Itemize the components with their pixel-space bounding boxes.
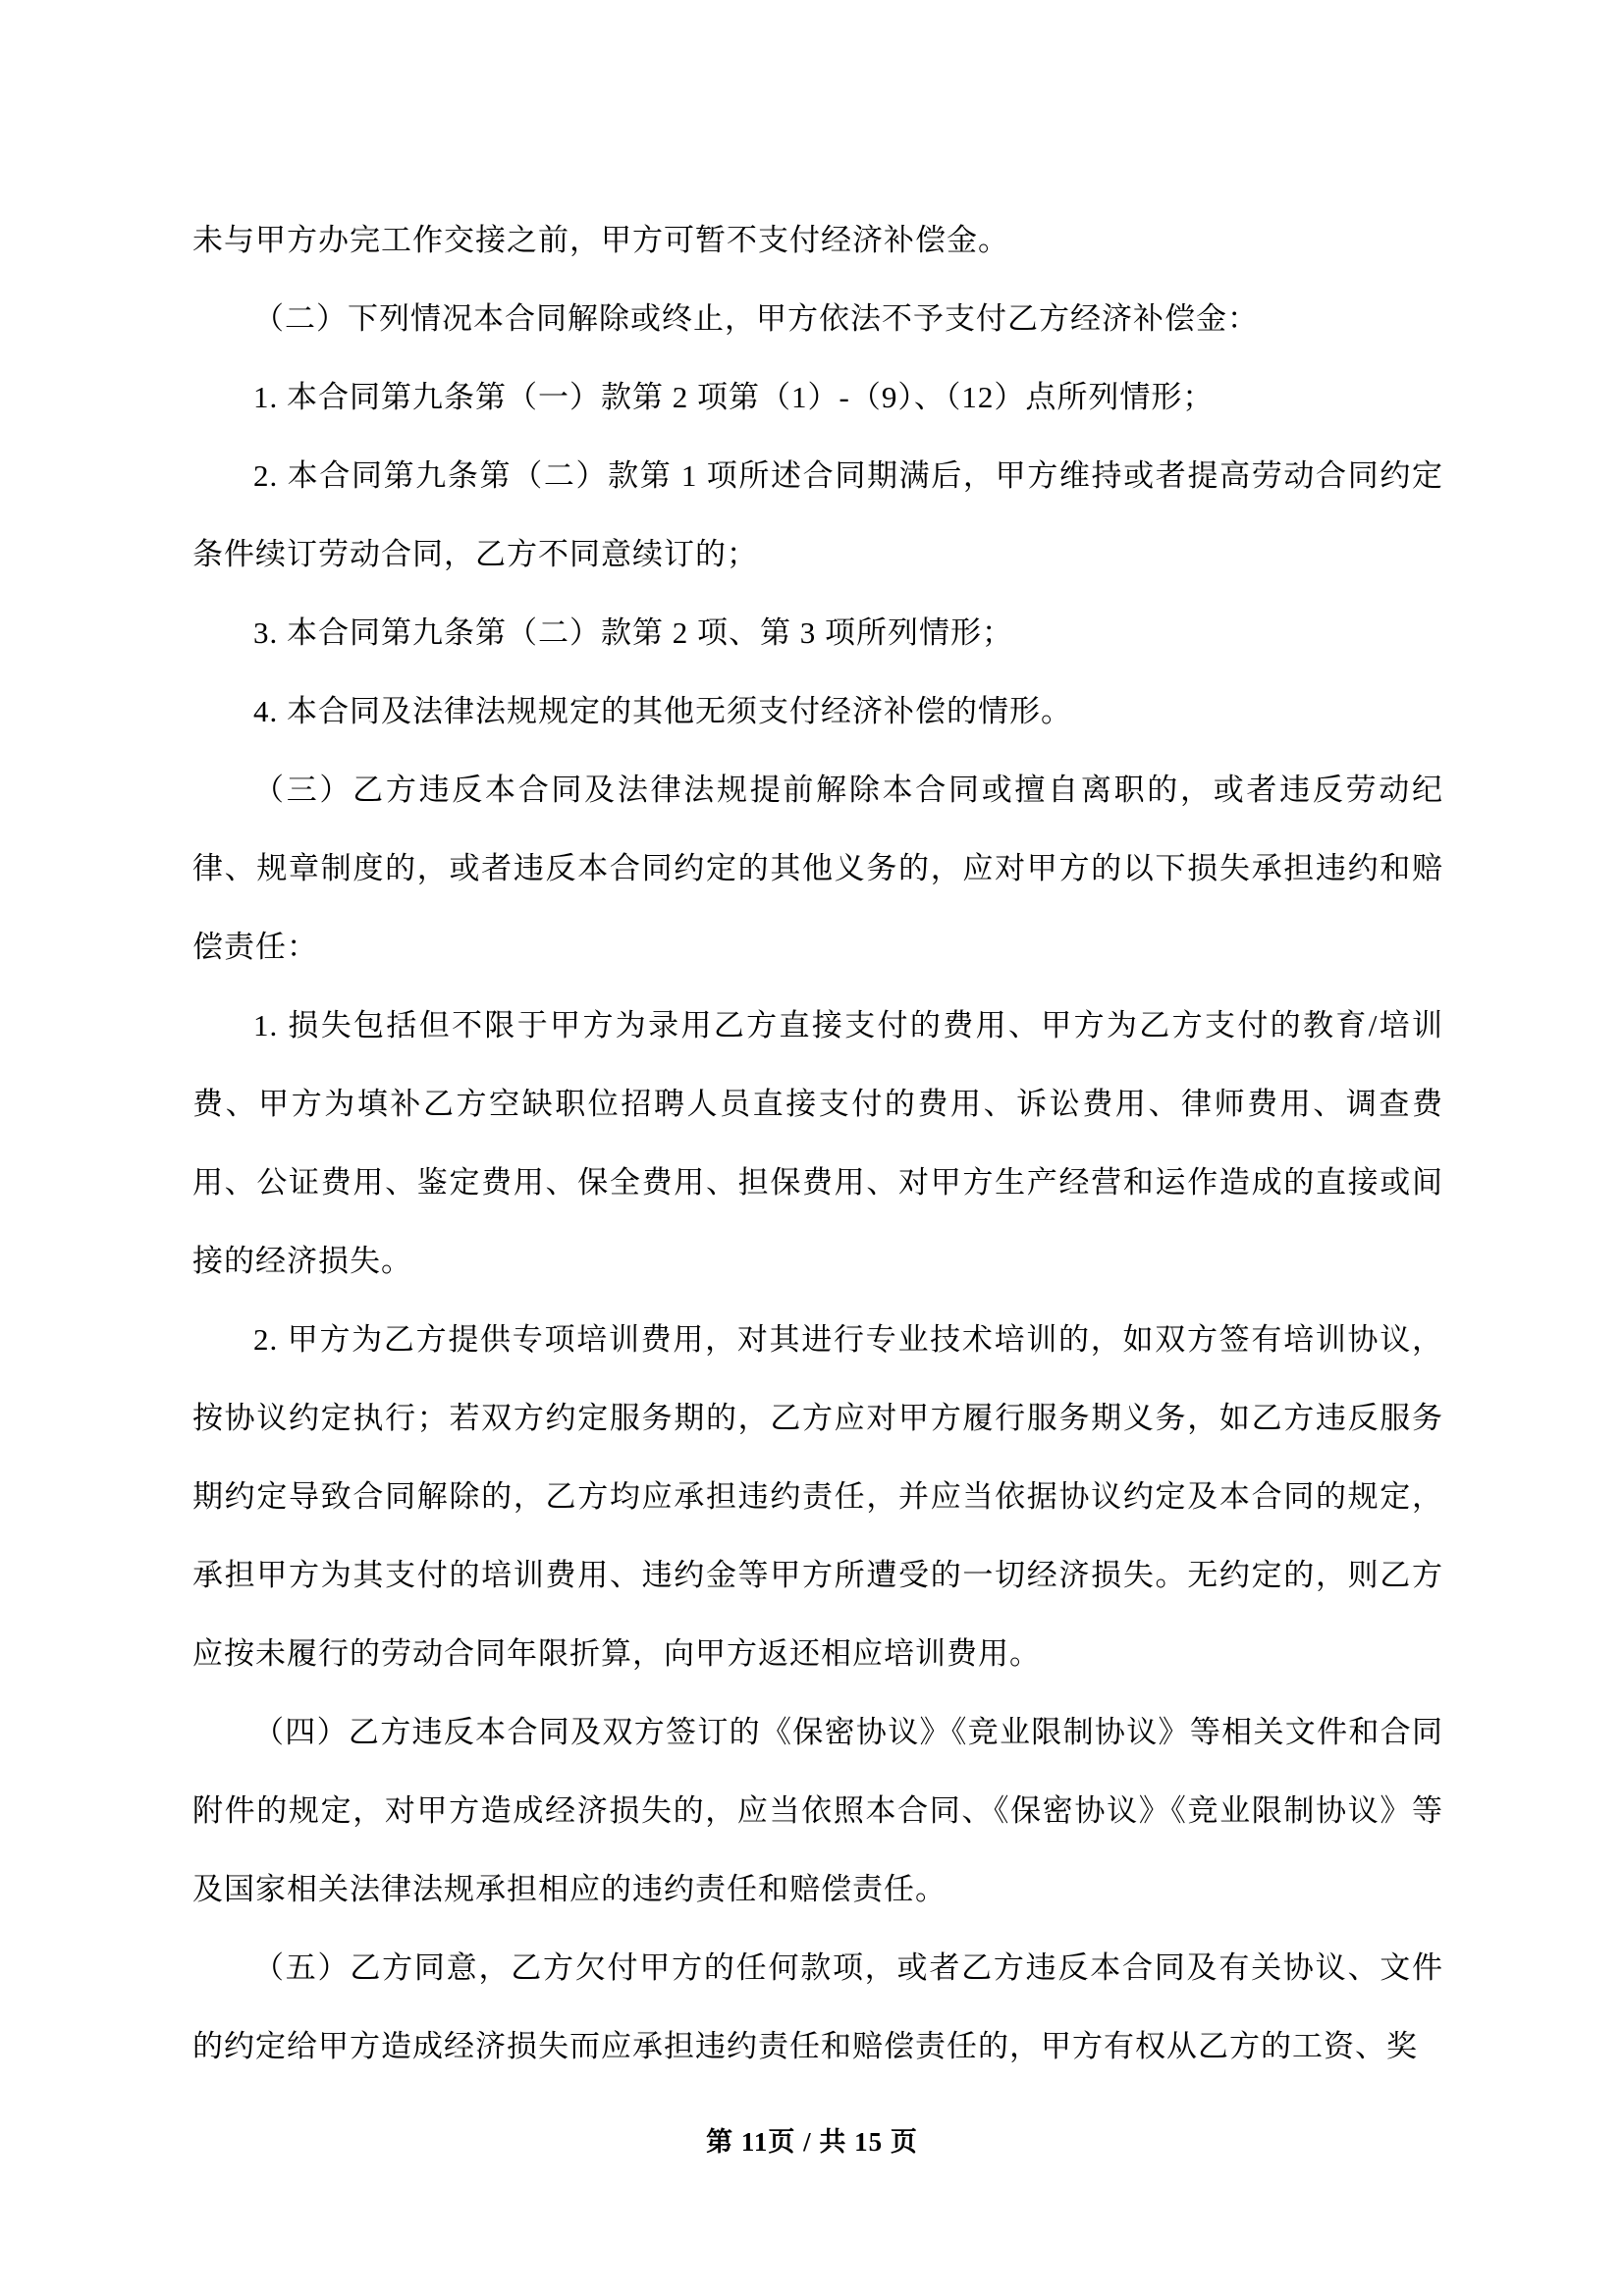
page-footer: 第 11页 / 共 15 页: [0, 2120, 1624, 2159]
contract-body: 未与甲方办完工作交接之前，甲方可暂不支付经济补偿金。 （二）下列情况本合同解除或…: [192, 201, 1443, 2086]
contract-paragraph: 4. 本合同及法律法规规定的其他无须支付经济补偿的情形。: [192, 672, 1443, 751]
contract-paragraph: （三）乙方违反本合同及法律法规提前解除本合同或擅自离职的，或者违反劳动纪律、规章…: [192, 751, 1443, 987]
contract-paragraph: 2. 甲方为乙方提供专项培训费用，对其进行专业技术培训的，如双方签有培训协议，按…: [192, 1301, 1443, 1693]
contract-paragraph: 2. 本合同第九条第（二）款第 1 项所述合同期满后，甲方维持或者提高劳动合同约…: [192, 437, 1443, 594]
document-page: 未与甲方办完工作交接之前，甲方可暂不支付经济补偿金。 （二）下列情况本合同解除或…: [0, 0, 1624, 2296]
contract-paragraph: 未与甲方办完工作交接之前，甲方可暂不支付经济补偿金。: [192, 201, 1443, 280]
page-number: 第 11页 / 共 15 页: [706, 2127, 918, 2157]
contract-paragraph: 1. 本合同第九条第（一）款第 2 项第（1）-（9）、（12）点所列情形；: [192, 358, 1443, 437]
contract-paragraph: 1. 损失包括但不限于甲方为录用乙方直接支付的费用、甲方为乙方支付的教育/培训费…: [192, 987, 1443, 1301]
contract-paragraph: （五）乙方同意，乙方欠付甲方的任何款项，或者乙方违反本合同及有关协议、文件的约定…: [192, 1929, 1443, 2086]
contract-paragraph: （四）乙方违反本合同及双方签订的《保密协议》《竞业限制协议》等相关文件和合同附件…: [192, 1693, 1443, 1929]
contract-paragraph: （二）下列情况本合同解除或终止，甲方依法不予支付乙方经济补偿金：: [192, 280, 1443, 358]
contract-paragraph: 3. 本合同第九条第（二）款第 2 项、第 3 项所列情形；: [192, 594, 1443, 672]
